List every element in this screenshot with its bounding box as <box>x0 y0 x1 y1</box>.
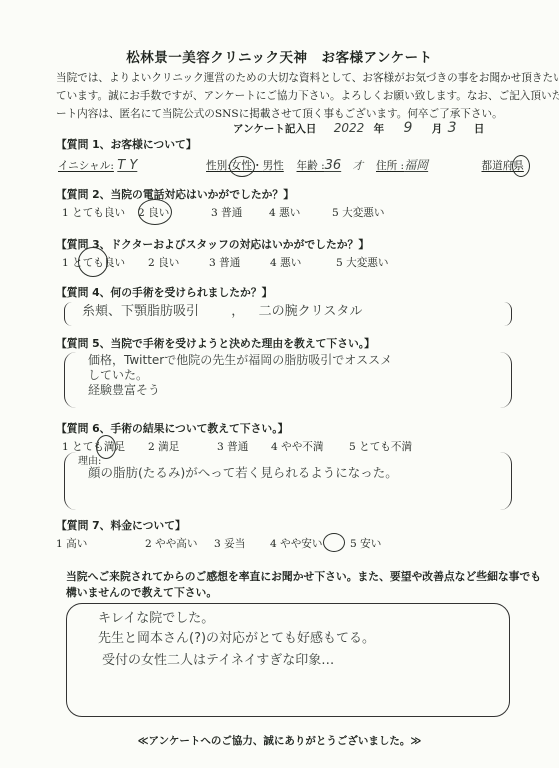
q2-option-1[interactable]: 1 とても良い <box>62 205 125 220</box>
q3-option-5[interactable]: 5 大変悪い <box>336 255 388 270</box>
age-unit: 才 <box>353 160 364 172</box>
survey-date-label: アンケート記入日 <box>233 123 316 135</box>
q5-answer-line-1: 価格，Twitterで他院の先生が福岡の脂肪吸引でオススメ <box>88 353 392 368</box>
survey-date-day[interactable]: 3 <box>448 120 457 136</box>
gender-male-option[interactable]: 男性 <box>263 160 284 172</box>
q4-answer-separator: ， <box>231 304 244 319</box>
q2-heading: 【質問 2、当院の電話対応はいかがでしたか？】 <box>56 187 294 202</box>
q2-option-4[interactable]: 4 悪い <box>269 205 300 220</box>
q2-options: 1 とても良い 2 良い 3 普通 4 悪い 5 大変悪い <box>0 205 559 223</box>
age-field[interactable]: 36 <box>325 158 353 173</box>
q7-option-3[interactable]: 3 妥当 <box>214 536 245 551</box>
month-unit: 月 <box>432 123 443 135</box>
survey-date-month[interactable]: 9 <box>403 120 412 136</box>
q3-heading: 【質問 3、ドクターおよびスタッフの対応はいかがでしたか？】 <box>56 237 369 252</box>
q5-answer-line-3: 経験豊富そう <box>88 383 160 398</box>
comments-answer-line-1: キレイな院でした。 <box>98 610 214 627</box>
survey-title: 松林景一美容クリニック天神 お客様アンケート <box>0 46 559 66</box>
q1-fields: イニシャル: T Y 性別:女性・男性 年齢 :36才 住所 :福岡 都道府県 <box>58 156 524 173</box>
address-label: 住所 : <box>376 160 404 172</box>
q5-heading: 【質問 5、当院で手術を受けようと決めた理由を教えて下さい。】 <box>56 336 375 351</box>
q3-option-4[interactable]: 4 悪い <box>270 255 301 270</box>
q6-reason-box[interactable] <box>64 452 512 510</box>
q3-option-2[interactable]: 2 良い <box>148 255 179 270</box>
gender-separator: ・ <box>252 160 263 172</box>
q4-answer-part-1: 糸頬、下顎脂肪吸引 <box>82 304 199 319</box>
q4-answer-part-2: 二の腕クリスタル <box>259 304 363 319</box>
age-label: 年齢 : <box>297 160 325 172</box>
q7-option-4[interactable]: 4 やや安い <box>270 536 322 551</box>
survey-date-year[interactable]: 2022 <box>334 121 365 135</box>
initial-field[interactable]: T Y <box>117 158 187 173</box>
q7-option-2[interactable]: 2 やや高い <box>145 536 197 551</box>
q3-options: 1 とても良い 2 良い 3 普通 4 悪い 5 大変悪い <box>0 255 559 273</box>
q7-heading: 【質問 7、料金について】 <box>56 518 186 533</box>
address-field[interactable]: 福岡 <box>404 156 478 173</box>
q3-option-3[interactable]: 3 普通 <box>209 255 240 270</box>
q4-answer: 糸頬、下顎脂肪吸引 ， 二の腕クリスタル <box>82 304 362 319</box>
comments-prompt-line-1: 当院へご来院されてからのご感想を率直にお聞かせ下さい。また、要望や改善点など些細… <box>66 569 541 584</box>
intro-line-1: 当院では、よりよいクリニック運営のための大切な資料として、お客様がお気づきの事を… <box>56 69 559 87</box>
q2-option-5[interactable]: 5 大変悪い <box>332 205 384 220</box>
q5-answer-line-2: していた。 <box>88 368 148 383</box>
intro-line-2: ています。誠にお手数ですが、アンケートにご協力下さい。よろしくお願い致します。な… <box>56 87 559 105</box>
q3-option-1[interactable]: 1 とても良い <box>62 255 125 270</box>
q2-option-3[interactable]: 3 普通 <box>211 205 242 220</box>
q6-reason-answer: 顔の脂肪(たるみ)がへって若く見られるようになった。 <box>88 465 398 480</box>
comments-prompt-line-2: 構いませんので教えて下さい。 <box>66 585 217 600</box>
q6-heading: 【質問 6、手術の結果について教えて下さい。】 <box>56 421 288 436</box>
gender-label: 性別: <box>206 160 231 172</box>
q7-options: 1 高い 2 やや高い 3 妥当 4 やや安い 5 安い <box>0 536 559 554</box>
q7-option-5[interactable]: 5 安い <box>350 536 381 551</box>
survey-date-row: アンケート記入日 2022 年 9 月 3 日 <box>233 120 484 136</box>
gender-female-option[interactable]: 女性 <box>231 160 252 172</box>
footer-thanks: ≪アンケートへのご協力、誠にありがとうございました。≫ <box>0 733 559 748</box>
q2-option-2[interactable]: 2 良い <box>138 205 169 220</box>
q4-heading: 【質問 4、何の手術を受けられましたか？】 <box>56 285 272 300</box>
initial-label: イニシャル: <box>58 160 114 172</box>
comments-answer-line-2: 先生と岡本さん(?)の対応がとても好感もてる。 <box>98 630 375 647</box>
comments-answer-line-3: 受付の女性二人はテイネイすぎな印象… <box>102 652 334 669</box>
q7-selected-circle <box>323 533 345 552</box>
q1-heading: 【質問 1、お客様について】 <box>56 137 197 152</box>
year-unit: 年 <box>374 123 385 135</box>
day-unit: 日 <box>474 123 485 135</box>
prefecture-suffix[interactable]: 都道府県 <box>481 160 523 172</box>
q7-option-1[interactable]: 1 高い <box>56 536 87 551</box>
